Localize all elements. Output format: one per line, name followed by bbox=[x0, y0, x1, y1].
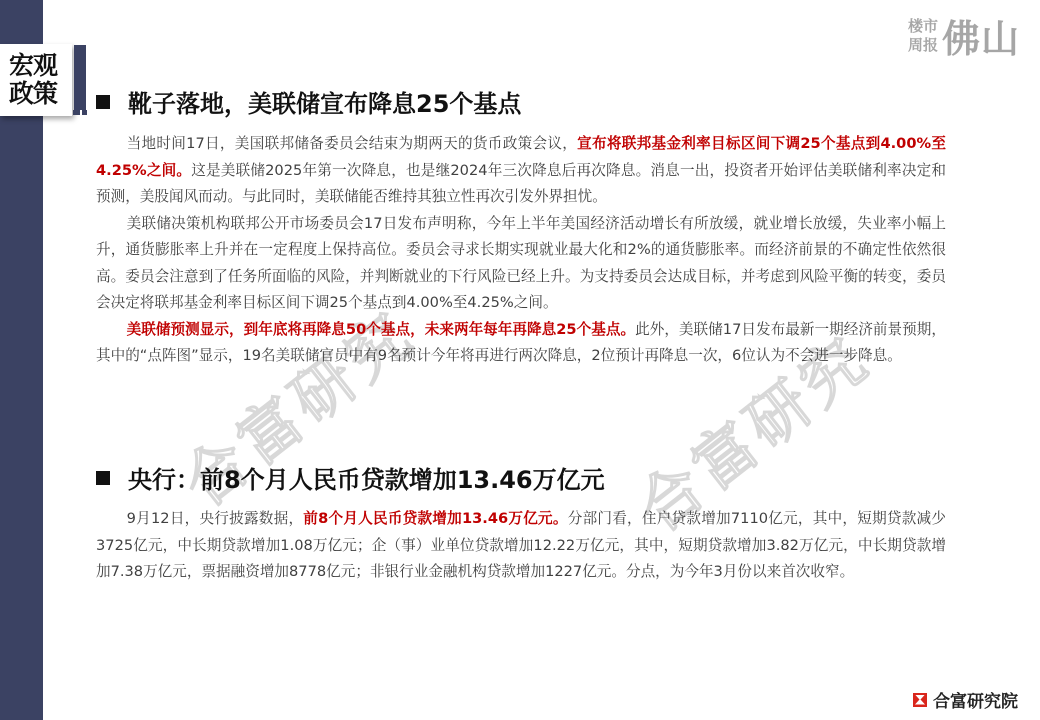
article2-body: 9月12日，央行披露数据，前8个月人民币贷款增加13.46万亿元。分部门看，住户… bbox=[96, 506, 946, 586]
company-logo-icon bbox=[913, 693, 927, 707]
bullet-square-icon bbox=[96, 471, 110, 485]
highlight-text: 前8个月人民币贷款增加13.46万亿元。 bbox=[303, 510, 567, 527]
brand-small-line2: 周报 bbox=[908, 36, 938, 55]
section-badge: 宏观 政策 bbox=[0, 44, 72, 116]
article1-paragraph: 当地时间17日，美国联邦储备委员会结束为期两天的货币政策会议，宣布将联邦基金利率… bbox=[96, 131, 946, 211]
text: 这是美联储2025年第一次降息，也是继2024年三次降息后再次降息。消息一出，投… bbox=[96, 162, 946, 206]
article2-paragraph: 9月12日，央行披露数据，前8个月人民币贷款增加13.46万亿元。分部门看，住户… bbox=[96, 506, 946, 586]
brand-small-line1: 楼市 bbox=[908, 17, 938, 36]
article1-paragraph: 美联储决策机构联邦公开市场委员会17日发布声明称，今年上半年美国经济活动增长有所… bbox=[96, 211, 946, 317]
section-label-line2: 政策 bbox=[9, 80, 72, 108]
article1-body: 当地时间17日，美国联邦储备委员会结束为期两天的货币政策会议，宣布将联邦基金利率… bbox=[96, 131, 946, 370]
text: 9月12日，央行披露数据， bbox=[127, 510, 304, 527]
text: 当地时间17日，美国联邦储备委员会结束为期两天的货币政策会议， bbox=[127, 135, 577, 152]
article2-heading: 央行：前8个月人民币贷款增加13.46万亿元 bbox=[96, 460, 605, 495]
badge-dot bbox=[82, 110, 87, 115]
brand-header: 楼市 周报 佛山 bbox=[908, 8, 1020, 63]
section-label-line1: 宏观 bbox=[9, 52, 72, 80]
brand-city: 佛山 bbox=[942, 8, 1020, 63]
article1-title: 靴子落地，美联储宣布降息25个基点 bbox=[128, 84, 521, 119]
article1-heading: 靴子落地，美联储宣布降息25个基点 bbox=[96, 84, 521, 119]
article2-title: 央行：前8个月人民币贷款增加13.46万亿元 bbox=[128, 460, 605, 495]
article1-paragraph: 美联储预测显示，到年底将再降息50个基点，未来两年每年再降息25个基点。此外，美… bbox=[96, 317, 946, 370]
badge-dot bbox=[73, 110, 80, 115]
bullet-square-icon bbox=[96, 95, 110, 109]
footer-logo-text: 合富研究院 bbox=[933, 687, 1018, 712]
highlight-text: 美联储预测显示，到年底将再降息50个基点，未来两年每年再降息25个基点。 bbox=[127, 321, 635, 338]
badge-stripe bbox=[74, 45, 86, 110]
footer-logo: 合富研究院 bbox=[913, 687, 1018, 712]
